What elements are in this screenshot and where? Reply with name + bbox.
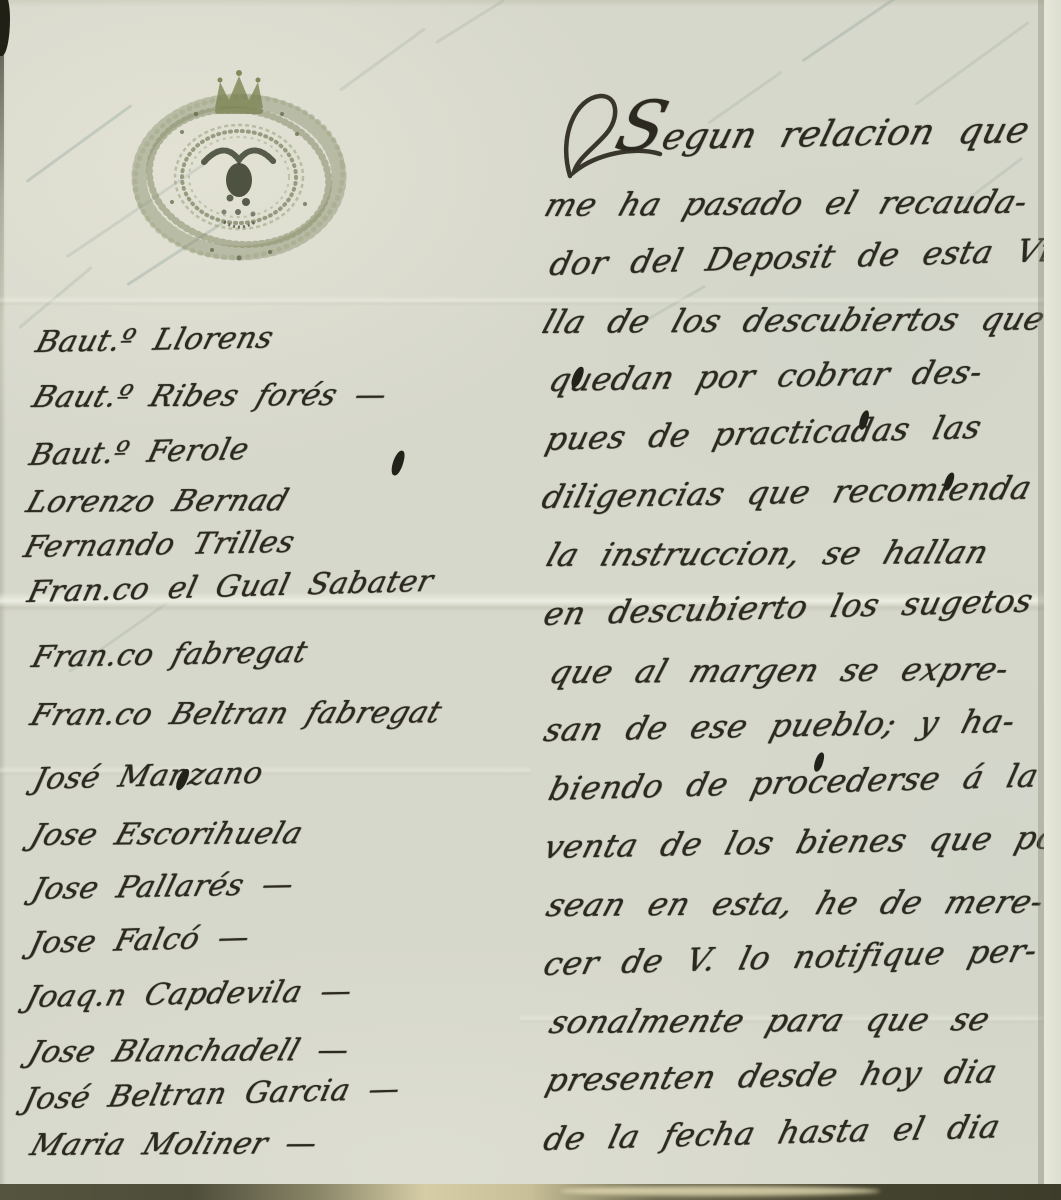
- letter-line: me ha pasado el recauda-: [540, 183, 1033, 224]
- letter-line: que al margen se expre-: [545, 650, 1014, 691]
- margin-name-line: Fran.co Beltran fabregat: [26, 695, 446, 733]
- letter-line: lla de los descubiertos que: [538, 300, 1050, 341]
- margin-name-line: Jose Pallarés —: [28, 867, 298, 907]
- page-corner-mark: [0, 0, 10, 56]
- letter-line: diligencias que recomienda: [538, 469, 1036, 516]
- letter-line: Segun relacion que: [610, 110, 1034, 159]
- page-bottom-edge: [0, 1184, 1061, 1200]
- letter-line: quedan por cobrar des-: [545, 353, 987, 399]
- margin-name-line: Baut.º Ribes forés —: [28, 378, 392, 415]
- letter-line: venta de los bienes que po-: [540, 818, 1061, 866]
- letter-line: biendo de procederse á la: [545, 756, 1043, 808]
- seal-stamp: [112, 62, 367, 272]
- margin-name-line: Baut.º Llorens: [32, 320, 278, 360]
- margin-name-line: Joaq.n Capdevila —: [22, 974, 356, 1015]
- margin-name-line: Maria Moliner —: [26, 1126, 322, 1163]
- margin-name-line: Jose Blanchadell —: [24, 1033, 354, 1070]
- letter-line: cer de V. lo notifique per-: [540, 931, 1041, 983]
- letter-line: pues de practicadas las: [542, 408, 986, 458]
- margin-name-line: Jose Escorihuela: [26, 816, 307, 853]
- letter-line: de la fecha hasta el dia: [540, 1107, 1004, 1158]
- document-page: Baut.º Llorens Baut.º Ribes forés — Baut…: [0, 0, 1061, 1200]
- margin-name-line: José Manzano: [30, 756, 267, 797]
- letter-line: sonalmente para que se: [545, 1000, 995, 1041]
- margin-name-line: Baut.º Ferole: [26, 432, 253, 473]
- letter-line: sean en esta, he de mere-: [542, 883, 1049, 924]
- margin-name-line: Jose Falcó —: [26, 920, 253, 961]
- letter-line: en descubierto los sugetos: [540, 581, 1037, 633]
- letter-line: san de ese pueblo; y ha-: [540, 702, 1020, 749]
- ghost-stroke: [435, 0, 504, 44]
- letter-line: presenten desde hoy dia: [542, 1052, 1002, 1099]
- margin-name-line: Fernando Trilles: [20, 525, 299, 565]
- seal-crown: [215, 70, 263, 114]
- margin-name-line: José Beltran Garcia —: [20, 1072, 404, 1117]
- seal-eagle: [204, 150, 274, 227]
- ghost-stroke: [801, 0, 902, 62]
- margin-name-line: Fran.co fabregat: [28, 635, 312, 675]
- ghost-stroke: [914, 21, 1029, 106]
- letter-line: dor del Deposit de esta Vi-: [546, 231, 1061, 283]
- ink-blot: [390, 449, 407, 477]
- page-right-edge: [1044, 0, 1061, 1200]
- letter-line: la instruccion, se hallan: [542, 533, 994, 574]
- margin-name-line: Lorenzo Bernad: [22, 483, 293, 520]
